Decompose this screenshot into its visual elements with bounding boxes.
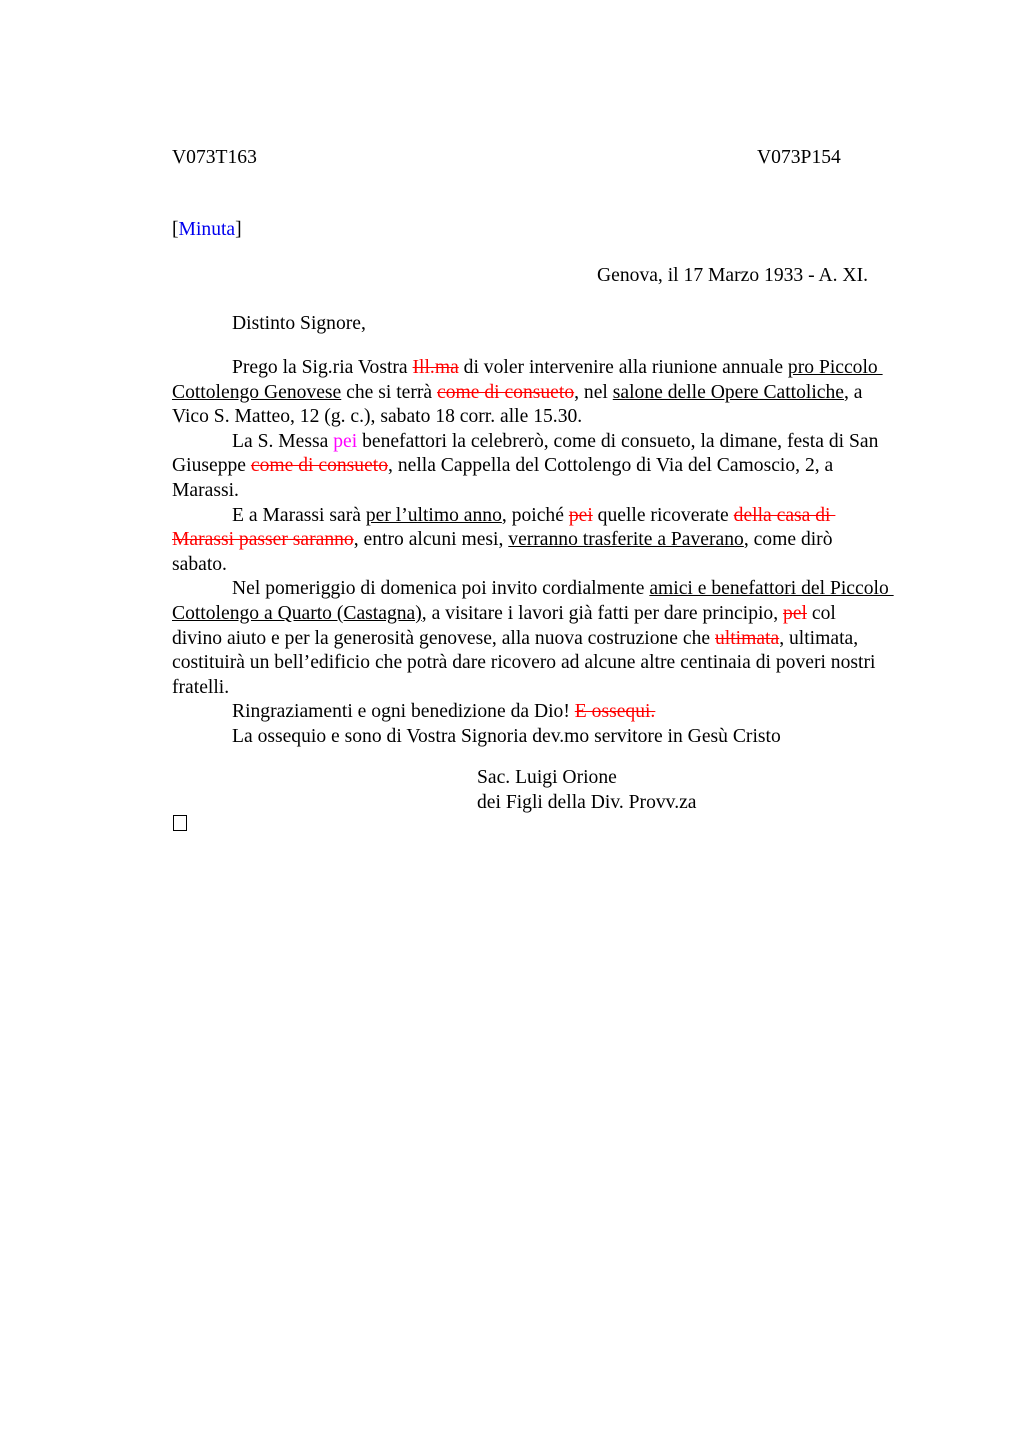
body-line: divino aiuto e per la generosità genoves… (172, 627, 894, 652)
deleted-text: della casa di (734, 505, 836, 526)
body-line: Cottolengo a Quarto (Castagna), a visita… (172, 602, 894, 627)
text-run: , entro alcuni mesi, (354, 529, 509, 550)
underlined-text: salone delle Opere Cattoliche (613, 382, 844, 403)
deleted-text: pei (569, 505, 593, 526)
text-run: , a (844, 382, 863, 403)
text-run: Ringraziamenti e ogni benedizione da Dio… (232, 701, 575, 722)
underlined-text: pro Piccolo (788, 357, 883, 378)
dateline: Genova, il 17 Marzo 1933 - A. XI. (597, 264, 868, 289)
text-run: costituirà un bell’edificio che potrà da… (172, 652, 875, 673)
deleted-text: come di consueto (251, 455, 388, 476)
letter-body: Prego la Sig.ria Vostra Ill.ma di voler … (172, 356, 894, 750)
text-run: Vico S. Matteo, 12 (g. c.), sabato 18 co… (172, 406, 582, 427)
text-run: Marassi. (172, 480, 239, 501)
text-run: , a visitare i lavori già fatti per dare… (422, 603, 783, 624)
text-run: Prego la Sig.ria Vostra (232, 357, 413, 378)
body-line: Marassi. (172, 479, 894, 504)
text-run: , nella Cappella del Cottolengo di Via d… (388, 455, 833, 476)
minuta-bracket-close: ] (235, 219, 242, 240)
text-run: Nel pomeriggio di domenica poi invito co… (232, 578, 649, 599)
empty-box-glyph (173, 815, 187, 831)
underlined-text: amici e benefattori del Piccolo (649, 578, 893, 599)
salutation: Distinto Signore, (172, 312, 366, 337)
minuta-link[interactable]: Minuta (179, 219, 236, 240)
deleted-text: ultimata (715, 628, 779, 649)
underlined-text: Cottolengo Genovese (172, 382, 341, 403)
text-run: sabato. (172, 554, 227, 575)
deleted-text: come di consueto (437, 382, 574, 403)
text-run: Giuseppe (172, 455, 251, 476)
text-run: benefattori la celebrerò, come di consue… (357, 431, 878, 452)
body-line: La ossequio e sono di Vostra Signoria de… (172, 725, 894, 750)
body-line: Marassi passer saranno, entro alcuni mes… (172, 528, 894, 553)
document-page: V073T163V073P154 [Minuta] Genova, il 17 … (0, 0, 1024, 1450)
body-line: La S. Messa pei benefattori la celebrerò… (172, 430, 894, 455)
body-line: fratelli. (172, 676, 894, 701)
text-run: , nel (574, 382, 613, 403)
signature-block: Sac. Luigi Orione dei Figli della Div. P… (477, 766, 696, 815)
body-line: Nel pomeriggio di domenica poi invito co… (172, 577, 894, 602)
body-line: E a Marassi sarà per l’ultimo anno, poic… (172, 504, 894, 529)
text-run: La S. Messa (232, 431, 333, 452)
text-run: quelle ricoverate (593, 505, 734, 526)
deleted-text: Ill.ma (413, 357, 459, 378)
text-run: che si terrà (341, 382, 437, 403)
body-line: Prego la Sig.ria Vostra Ill.ma di voler … (172, 356, 894, 381)
doc-code-left: V073T163 (172, 147, 257, 168)
deleted-text: Marassi passer saranno (172, 529, 354, 550)
text-run: divino aiuto e per la generosità genoves… (172, 628, 715, 649)
signature-title: dei Figli della Div. Provv.za (477, 791, 696, 816)
text-run: , poiché (502, 505, 569, 526)
body-line: Cottolengo Genovese che si terrà come di… (172, 381, 894, 406)
deleted-text: pel (783, 603, 807, 624)
underlined-text: verranno trasferite a Paverano (508, 529, 744, 550)
text-run: , ultimata, (779, 628, 858, 649)
document-codes: V073T163V073P154 (172, 146, 920, 171)
underlined-text: Cottolengo a Quarto (Castagna) (172, 603, 422, 624)
text-run: di voler intervenire alla riunione annua… (459, 357, 788, 378)
underlined-text: per l’ultimo anno (366, 505, 502, 526)
body-line: Ringraziamenti e ogni benedizione da Dio… (172, 700, 894, 725)
text-run: fratelli. (172, 677, 229, 698)
text-run: E a Marassi sarà (232, 505, 366, 526)
body-line: sabato. (172, 553, 894, 578)
text-run: col (807, 603, 836, 624)
signature-name: Sac. Luigi Orione (477, 766, 696, 791)
minuta-annotation: [Minuta] (172, 218, 242, 243)
deleted-text: E ossequi. (575, 701, 656, 722)
body-line: Giuseppe come di consueto, nella Cappell… (172, 454, 894, 479)
text-run: La ossequio e sono di Vostra Signoria de… (232, 726, 781, 747)
body-line: Vico S. Matteo, 12 (g. c.), sabato 18 co… (172, 405, 894, 430)
body-line: costituirà un bell’edificio che potrà da… (172, 651, 894, 676)
text-run: , come dirò (744, 529, 833, 550)
doc-code-right: V073P154 (757, 146, 841, 171)
inserted-text: pei (333, 431, 357, 452)
